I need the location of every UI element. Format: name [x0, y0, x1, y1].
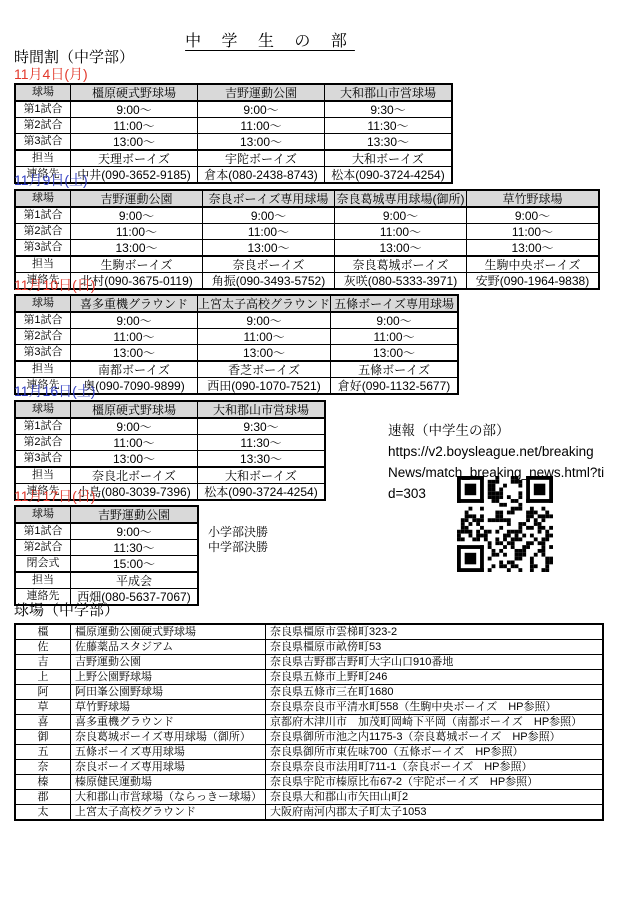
- schedule-row: 第3試合13:00～13:30～: [15, 451, 325, 468]
- venue-row: 橿橿原運動公園硬式野球場奈良県橿原市雲梯町323-2: [15, 624, 603, 640]
- row-label-cell: 担当: [15, 467, 71, 484]
- venue-name-cell: 阿田峯公園野球場: [71, 685, 266, 700]
- schedule-value-cell: 9:00～: [198, 101, 325, 118]
- venue-abbr-cell: 五: [15, 745, 71, 760]
- venue-abbr-cell: 喜: [15, 715, 71, 730]
- venue-abbr-cell: 阿: [15, 685, 71, 700]
- venue-row: 阿阿田峯公園野球場奈良県五條市三在町1680: [15, 685, 603, 700]
- schedule-value-cell: 平成会: [71, 572, 199, 589]
- venue-row: 五五條ボーイズ専用球場奈良県御所市東佐味700（五條ボーイズ HP参照）: [15, 745, 603, 760]
- venue-abbr-cell: 上: [15, 670, 71, 685]
- venue-address-cell: 奈良県五條市上野町246: [266, 670, 604, 685]
- venue-abbr-cell: 太: [15, 805, 71, 821]
- venue-name-cell: 佐藤薬品スタジアム: [71, 640, 266, 655]
- schedule-value-cell: 9:00～: [331, 312, 459, 329]
- schedule-block: 11月17日(日)小学部決勝中学部決勝球場吉野運動公園第1試合9:00～第2試合…: [14, 488, 199, 594]
- venue-header-row: 球場吉野運動公園: [15, 506, 198, 523]
- venue-header-cell: 奈良ボーイズ専用球場: [203, 190, 335, 207]
- timetable-heading: 時間割（中学部）: [14, 46, 134, 67]
- venue-address-cell: 奈良県吉野郡吉野町大字山口910番地: [266, 655, 604, 670]
- schedule-row: 第3試合13:00～13:00～13:30～: [15, 134, 452, 151]
- schedule-row: 第1試合9:00～9:30～: [15, 418, 325, 435]
- venue-abbr-cell: 郡: [15, 790, 71, 805]
- row-label-cell: 第1試合: [15, 312, 71, 329]
- schedule-block: 11月4日(月)球場橿原硬式野球場吉野運動公園大和郡山市営球場第1試合9:00～…: [14, 66, 453, 172]
- venue-header-label-cell: 球場: [15, 190, 71, 207]
- breaking-news-url-line-1: https://v2.boysleague.net/breaking: [388, 441, 604, 462]
- venue-address-cell: 奈良県奈良市平清水町558（生駒中央ボーイズ HP参照）: [266, 700, 604, 715]
- schedule-value-cell: 13:30～: [325, 134, 453, 151]
- venue-header-cell: 草竹野球場: [467, 190, 600, 207]
- venue-header-cell: 上宮太子高校グラウンド: [198, 295, 331, 312]
- venue-name-cell: 奈良葛城ボーイズ専用球場（御所）: [71, 730, 266, 745]
- venue-row: 榛榛原健民運動場奈良県宇陀市榛原比布67-2（宇陀ボーイズ HP参照）: [15, 775, 603, 790]
- schedule-value-cell: 9:00～: [467, 207, 600, 224]
- venue-address-cell: 奈良県橿原市雲梯町323-2: [266, 624, 604, 640]
- venue-name-cell: 五條ボーイズ専用球場: [71, 745, 266, 760]
- schedule-row: 第2試合11:00～11:00～11:30～: [15, 118, 452, 134]
- venue-abbr-cell: 佐: [15, 640, 71, 655]
- breaking-news-title: 速報（中学生の部）: [388, 420, 604, 441]
- row-label-cell: 第2試合: [15, 118, 71, 134]
- venue-name-cell: 喜多重機グラウンド: [71, 715, 266, 730]
- venue-abbr-cell: 御: [15, 730, 71, 745]
- qr-code: [457, 476, 553, 572]
- schedule-row: 第1試合9:00～9:00～9:00～9:00～: [15, 207, 599, 224]
- venue-header-cell: 吉野運動公園: [71, 506, 199, 523]
- schedule-value-cell: 9:00～: [71, 523, 199, 540]
- row-label-cell: 閉会式: [15, 556, 71, 573]
- schedule-value-cell: 15:00～: [71, 556, 199, 573]
- row-label-cell: 第1試合: [15, 207, 71, 224]
- schedule-row: 第1試合9:00～9:00～9:30～: [15, 101, 452, 118]
- schedule-value-cell: 11:30～: [198, 435, 326, 451]
- venue-abbr-cell: 橿: [15, 624, 71, 640]
- schedule-value-cell: 生駒中央ボーイズ: [467, 256, 600, 273]
- schedule-value-cell: 13:00～: [203, 240, 335, 257]
- venue-abbr-cell: 草: [15, 700, 71, 715]
- venue-row: 太上宮太子高校グラウンド大阪府南河内郡太子町太子1053: [15, 805, 603, 821]
- venue-row: 奈奈良ボーイズ専用球場奈良県奈良市法用町711-1（奈良ボーイズ HP参照）: [15, 760, 603, 775]
- schedule-value-cell: 大和ボーイズ: [325, 150, 453, 167]
- schedule-value-cell: 13:00～: [198, 134, 325, 151]
- schedule-value-cell: 9:00～: [335, 207, 467, 224]
- schedule-value-cell: 11:00～: [71, 329, 198, 345]
- schedule-table: 球場吉野運動公園第1試合9:00～第2試合11:30～閉会式15:00～担当平成…: [14, 505, 199, 606]
- venue-header-cell: 吉野運動公園: [71, 190, 203, 207]
- date-heading: 11月17日(日): [14, 488, 199, 504]
- schedule-row: 閉会式15:00～: [15, 556, 198, 573]
- schedule-value-cell: 9:00～: [198, 312, 331, 329]
- schedule-value-cell: 松本(090-3724-4254): [198, 484, 326, 501]
- schedule-table: 球場喜多重機グラウンド上宮太子高校グラウンド五條ボーイズ専用球場第1試合9:00…: [14, 294, 459, 395]
- schedule-row: 担当南都ボーイズ香芝ボーイズ五條ボーイズ: [15, 361, 458, 378]
- schedule-block: 11月9日(土)球場吉野運動公園奈良ボーイズ専用球場奈良葛城専用球場(御所)草竹…: [14, 172, 600, 278]
- schedule-value-cell: 11:00～: [203, 224, 335, 240]
- schedule-value-cell: 9:00～: [71, 207, 203, 224]
- venue-name-cell: 上宮太子高校グラウンド: [71, 805, 266, 821]
- venue-name-cell: 大和郡山市営球場（ならっきー球場）: [71, 790, 266, 805]
- date-heading: 11月4日(月): [14, 66, 453, 82]
- schedule-block: 11月10日(日)球場喜多重機グラウンド上宮太子高校グラウンド五條ボーイズ専用球…: [14, 277, 459, 383]
- schedule-value-cell: 11:00～: [71, 118, 198, 134]
- schedule-row: 第1試合9:00～: [15, 523, 198, 540]
- row-label-cell: 第1試合: [15, 418, 71, 435]
- schedule-value-cell: 9:00～: [71, 312, 198, 329]
- row-label-cell: 担当: [15, 150, 71, 167]
- venue-header-cell: 喜多重機グラウンド: [71, 295, 198, 312]
- schedule-value-cell: 奈良北ボーイズ: [71, 467, 198, 484]
- venue-header-row: 球場橿原硬式野球場吉野運動公園大和郡山市営球場: [15, 84, 452, 101]
- venue-header-cell: 大和郡山市営球場: [325, 84, 453, 101]
- page-title-text: 中 学 生 の 部: [185, 33, 355, 50]
- venue-address-cell: 大阪府南河内郡太子町太子1053: [266, 805, 604, 821]
- venue-name-cell: 上野公園野球場: [71, 670, 266, 685]
- venue-header-label-cell: 球場: [15, 84, 71, 101]
- venue-name-cell: 橿原運動公園硬式野球場: [71, 624, 266, 640]
- venue-address-cell: 奈良県奈良市法用町711-1（奈良ボーイズ HP参照）: [266, 760, 604, 775]
- schedule-value-cell: 11:00～: [71, 224, 203, 240]
- schedule-row: 担当生駒ボーイズ奈良ボーイズ奈良葛城ボーイズ生駒中央ボーイズ: [15, 256, 599, 273]
- venues-table: 橿橿原運動公園硬式野球場奈良県橿原市雲梯町323-2佐佐藤薬品スタジアム奈良県橿…: [14, 623, 604, 821]
- row-label-cell: 第1試合: [15, 101, 71, 118]
- schedule-row: 第2試合11:00～11:30～: [15, 435, 325, 451]
- schedule-value-cell: 13:00～: [71, 345, 198, 362]
- schedule-row: 担当天理ボーイズ宇陀ボーイズ大和ボーイズ: [15, 150, 452, 167]
- row-label-cell: 第2試合: [15, 435, 71, 451]
- schedule-row: 第2試合11:30～: [15, 540, 198, 556]
- venue-header-row: 球場橿原硬式野球場大和郡山市営球場: [15, 401, 325, 418]
- schedule-value-cell: 奈良葛城ボーイズ: [335, 256, 467, 273]
- date-heading: 11月10日(日): [14, 277, 459, 293]
- row-label-cell: 第1試合: [15, 523, 71, 540]
- venue-address-cell: 奈良県五條市三在町1680: [266, 685, 604, 700]
- venue-abbr-cell: 奈: [15, 760, 71, 775]
- venue-address-cell: 京都府木津川市 加茂町岡崎下平岡（南都ボーイズ HP参照）: [266, 715, 604, 730]
- schedule-value-cell: 大和ボーイズ: [198, 467, 326, 484]
- venue-header-cell: 五條ボーイズ専用球場: [331, 295, 459, 312]
- venue-header-cell: 吉野運動公園: [198, 84, 325, 101]
- document-page: 中 学 生 の 部 時間割（中学部） 11月4日(月)球場橿原硬式野球場吉野運動…: [0, 0, 640, 901]
- schedule-value-cell: 13:00～: [331, 345, 459, 362]
- venue-address-cell: 奈良県宇陀市榛原比布67-2（宇陀ボーイズ HP参照）: [266, 775, 604, 790]
- schedule-value-cell: 宇陀ボーイズ: [198, 150, 325, 167]
- venue-header-cell: 橿原硬式野球場: [71, 84, 198, 101]
- schedule-value-cell: 9:30～: [325, 101, 453, 118]
- row-label-cell: 担当: [15, 572, 71, 589]
- schedule-row: 第1試合9:00～9:00～9:00～: [15, 312, 458, 329]
- schedule-row: 第2試合11:00～11:00～11:00～: [15, 329, 458, 345]
- date-heading: 11月16日(土): [14, 383, 326, 399]
- schedule-value-cell: 11:30～: [71, 540, 199, 556]
- venue-header-cell: 大和郡山市営球場: [198, 401, 326, 418]
- schedule-value-cell: 13:00～: [467, 240, 600, 257]
- venue-row: 佐佐藤薬品スタジアム奈良県橿原市畝傍町53: [15, 640, 603, 655]
- venue-address-cell: 奈良県御所市池之内1175-3（奈良葛城ボーイズ HP参照）: [266, 730, 604, 745]
- schedule-value-cell: 11:00～: [71, 435, 198, 451]
- schedule-value-cell: 11:00～: [198, 118, 325, 134]
- schedule-value-cell: 五條ボーイズ: [331, 361, 459, 378]
- schedule-value-cell: 香芝ボーイズ: [198, 361, 331, 378]
- schedule-row: 第3試合13:00～13:00～13:00～: [15, 345, 458, 362]
- row-label-cell: 第2試合: [15, 329, 71, 345]
- schedule-value-cell: 倉好(090-1132-5677): [331, 378, 459, 395]
- schedule-table: 球場吉野運動公園奈良ボーイズ専用球場奈良葛城専用球場(御所)草竹野球場第1試合9…: [14, 189, 600, 290]
- row-label-cell: 担当: [15, 256, 71, 273]
- row-label-cell: 第3試合: [15, 451, 71, 468]
- schedule-value-cell: 天理ボーイズ: [71, 150, 198, 167]
- schedule-value-cell: 南都ボーイズ: [71, 361, 198, 378]
- schedule-value-cell: 13:00～: [198, 345, 331, 362]
- row-label-cell: 担当: [15, 361, 71, 378]
- venue-name-cell: 奈良ボーイズ専用球場: [71, 760, 266, 775]
- row-note: 中学部決勝: [208, 538, 268, 555]
- schedule-row: 第3試合13:00～13:00～13:00～13:00～: [15, 240, 599, 257]
- schedule-value-cell: 11:00～: [335, 224, 467, 240]
- venue-row: 郡大和郡山市営球場（ならっきー球場）奈良県大和郡山市矢田山町2: [15, 790, 603, 805]
- schedule-value-cell: 13:00～: [71, 451, 198, 468]
- row-label-cell: 第3試合: [15, 345, 71, 362]
- venue-name-cell: 草竹野球場: [71, 700, 266, 715]
- schedule-row: 担当奈良北ボーイズ大和ボーイズ: [15, 467, 325, 484]
- schedule-value-cell: 奈良ボーイズ: [203, 256, 335, 273]
- venue-header-row: 球場喜多重機グラウンド上宮太子高校グラウンド五條ボーイズ専用球場: [15, 295, 458, 312]
- venue-row: 喜喜多重機グラウンド京都府木津川市 加茂町岡崎下平岡（南都ボーイズ HP参照）: [15, 715, 603, 730]
- schedule-table: 球場橿原硬式野球場吉野運動公園大和郡山市営球場第1試合9:00～9:00～9:3…: [14, 83, 453, 184]
- schedule-block: 11月16日(土)球場橿原硬式野球場大和郡山市営球場第1試合9:00～9:30～…: [14, 383, 326, 489]
- row-label-cell: 第3試合: [15, 134, 71, 151]
- venue-header-row: 球場吉野運動公園奈良ボーイズ専用球場奈良葛城専用球場(御所)草竹野球場: [15, 190, 599, 207]
- venue-header-label-cell: 球場: [15, 506, 71, 523]
- schedule-value-cell: 13:30～: [198, 451, 326, 468]
- venue-row: 上上野公園野球場奈良県五條市上野町246: [15, 670, 603, 685]
- schedule-row: 担当平成会: [15, 572, 198, 589]
- venue-address-cell: 奈良県御所市東佐味700（五條ボーイズ HP参照）: [266, 745, 604, 760]
- venue-header-label-cell: 球場: [15, 401, 71, 418]
- schedule-value-cell: 9:00～: [71, 101, 198, 118]
- venue-abbr-cell: 榛: [15, 775, 71, 790]
- row-label-cell: 第2試合: [15, 224, 71, 240]
- schedule-value-cell: 13:00～: [71, 134, 198, 151]
- date-heading: 11月9日(土): [14, 172, 600, 188]
- schedule-row: 第2試合11:00～11:00～11:00～11:00～: [15, 224, 599, 240]
- schedule-value-cell: 9:00～: [71, 418, 198, 435]
- schedule-value-cell: 13:00～: [335, 240, 467, 257]
- schedule-value-cell: 9:00～: [203, 207, 335, 224]
- venue-row: 草草竹野球場奈良県奈良市平清水町558（生駒中央ボーイズ HP参照）: [15, 700, 603, 715]
- schedule-value-cell: 11:30～: [325, 118, 453, 134]
- schedule-value-cell: 安野(090-1964-9838): [467, 273, 600, 290]
- venue-address-cell: 奈良県橿原市畝傍町53: [266, 640, 604, 655]
- row-label-cell: 第3試合: [15, 240, 71, 257]
- venue-name-cell: 吉野運動公園: [71, 655, 266, 670]
- venue-name-cell: 榛原健民運動場: [71, 775, 266, 790]
- venue-row: 吉吉野運動公園奈良県吉野郡吉野町大字山口910番地: [15, 655, 603, 670]
- row-label-cell: 第2試合: [15, 540, 71, 556]
- venue-header-cell: 奈良葛城専用球場(御所): [335, 190, 467, 207]
- schedule-value-cell: 9:30～: [198, 418, 326, 435]
- schedule-value-cell: 11:00～: [467, 224, 600, 240]
- venue-header-label-cell: 球場: [15, 295, 71, 312]
- venue-abbr-cell: 吉: [15, 655, 71, 670]
- schedule-value-cell: 13:00～: [71, 240, 203, 257]
- venue-header-cell: 橿原硬式野球場: [71, 401, 198, 418]
- venue-row: 御奈良葛城ボーイズ専用球場（御所）奈良県御所市池之内1175-3（奈良葛城ボーイ…: [15, 730, 603, 745]
- venues-heading: 球場（中学部）: [14, 599, 119, 620]
- schedule-table: 球場橿原硬式野球場大和郡山市営球場第1試合9:00～9:30～第2試合11:00…: [14, 400, 326, 501]
- schedule-value-cell: 11:00～: [198, 329, 331, 345]
- venue-address-cell: 奈良県大和郡山市矢田山町2: [266, 790, 604, 805]
- schedule-value-cell: 生駒ボーイズ: [71, 256, 203, 273]
- schedule-value-cell: 11:00～: [331, 329, 459, 345]
